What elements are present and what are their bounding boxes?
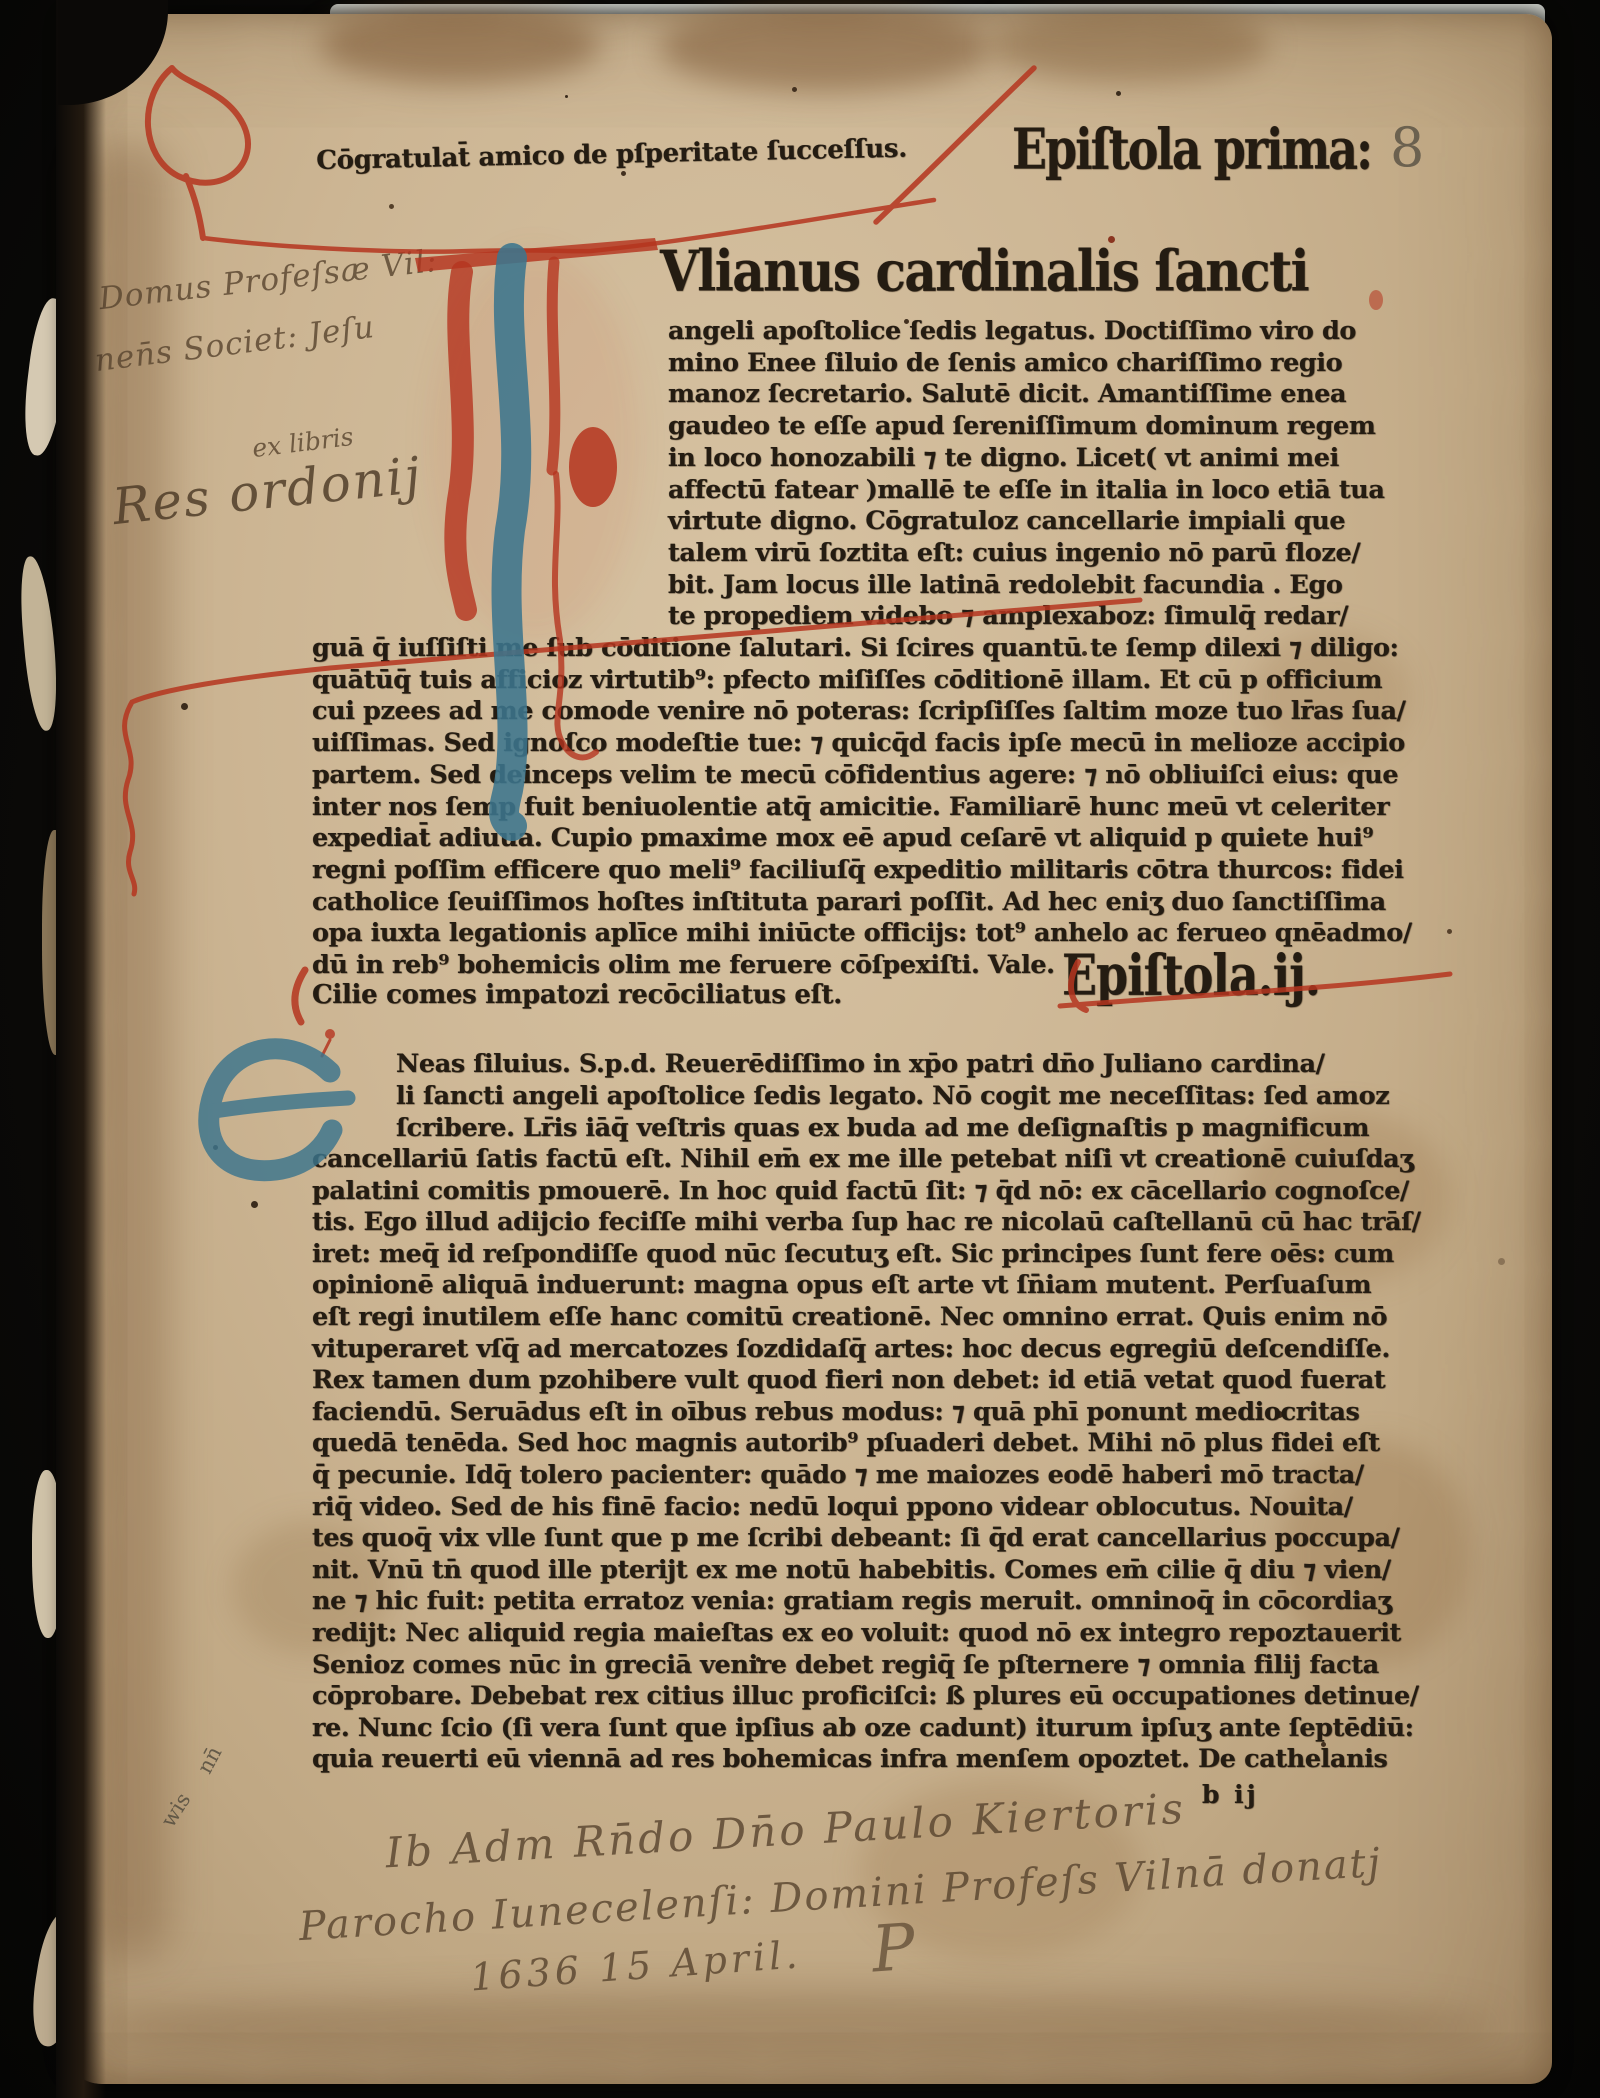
text-line: iret: meq̄ id reſpondiſſe quod nūc ſecut… (312, 1239, 1421, 1271)
text-line: inter nos ſemp fuit beniuolentie atq̄ am… (312, 792, 1412, 824)
text-line: Rex tamen dum pzohibere vult quod fieri … (312, 1365, 1421, 1397)
text-line: quedā tenēda. Sed hoc magnis autorib⁹ pſ… (312, 1428, 1421, 1460)
text-line: affectū fatear )mallē te eſſe in italia … (668, 475, 1385, 507)
pencil-folio-number: 8 (1390, 116, 1424, 179)
text-line: eſt regi inutilem eſſe hanc comitū creat… (312, 1302, 1421, 1334)
letter1-full-width-paragraph: guā q̄ iuſſiſti me ſub cōditione ſalutar… (312, 633, 1412, 982)
text-line: talem virū ſoztita eſt: cuius ingenio nō… (668, 538, 1385, 570)
text-line: virtute digno. Cōgratuloz cancellarie im… (668, 506, 1385, 538)
text-line: angeli apoſtolice ſedis legatus. Doctiſſ… (668, 316, 1385, 348)
text-line: vituperaret vſq̄ ad mercatozes ſozdidaſq… (312, 1334, 1421, 1366)
letter1-indented-paragraph: angeli apoſtolice ſedis legatus. Doctiſſ… (668, 316, 1385, 633)
frayed-binding-paper (16, 555, 61, 732)
ink-specks (565, 95, 568, 98)
text-line: faciendū. Seruādus eſt in oībus rebus mo… (312, 1397, 1421, 1429)
text-line: tes quoq̄ vix vlle ſunt que p me ſcribi … (312, 1523, 1421, 1555)
text-line: manoz ſecretario. Salutē dicit. Amantiſſ… (668, 379, 1385, 411)
text-line: partem. Sed deinceps velim te mecū cōfid… (312, 760, 1412, 792)
text-line: re. Nunc ſcio (ſi vera ſunt que ipſius a… (312, 1713, 1421, 1745)
text-line: ſcribere. Lr̄is iāq̄ veſtris quas ex bud… (396, 1112, 1389, 1144)
letter1-opening-heading: Vlianus cardinalis ſancti (660, 238, 1308, 304)
text-line: gaudeo te eſſe apud ſereniſſimum dominum… (668, 411, 1385, 443)
text-line: catholice ſeuiſſimos hoſtes inſtituta pa… (312, 887, 1412, 919)
text-line: uiſſimas. Sed ignoſco modeſtie tue: ⁊ qu… (312, 728, 1412, 760)
text-line: redijt: Nec aliquid regia maieſtas ex eo… (312, 1618, 1421, 1650)
text-line: riq̄ video. Sed de his finē facio: nedū … (312, 1492, 1421, 1524)
text-line: nit. Vnū tn̄ quod ille pterijt ex me not… (312, 1555, 1421, 1587)
text-line: regni poſſim efficere quo meli⁹ faciliuſ… (312, 855, 1412, 887)
text-line: cancellariū ſatis factū eſt. Nihil em̄ e… (312, 1144, 1421, 1176)
text-line: mino Enee ſiluio de ſenis amico chariſſi… (668, 348, 1385, 380)
text-line: cui pzees ad me comode venire nō poteras… (312, 696, 1412, 728)
spine-gutter-shadow (56, 0, 106, 2098)
epistola-secunda-heading: Epiſtola.ij. (1062, 942, 1320, 1008)
text-line: expediat̄ adiuua. Cupio pmaxime mox eē a… (312, 823, 1412, 855)
text-line: quātūq̄ tuis afficioz virtutib⁹: pfecto … (312, 665, 1412, 697)
text-line: Neas ſiluius. S.p.d. Reuerēdiſſimo in xp… (396, 1048, 1389, 1080)
letter2-rubric: Cilie comes impatozi recōciliatus eſt. (312, 980, 842, 1010)
epistola-prima-heading: Epiſtola prima: (1012, 116, 1371, 182)
text-line: cōprobare. Debebat rex citius illuc prof… (312, 1681, 1421, 1713)
letter2-indented-paragraph: Neas ſiluius. S.p.d. Reuerēdiſſimo in xp… (396, 1048, 1389, 1144)
letter2-full-width-paragraph: cancellariū ſatis factū eſt. Nihil em̄ e… (312, 1144, 1421, 1776)
text-line: te propediem videbo ⁊ amplexaboz: ſimulq… (668, 601, 1385, 633)
text-line: bit. Jam locus ille latinā redolebit fac… (668, 570, 1385, 602)
text-line: ne ⁊ hic fuit: petita erratoz venia: gra… (312, 1586, 1421, 1618)
text-line: q̄ pecunie. Idq̄ tolero pacienter: quādo… (312, 1460, 1421, 1492)
text-line: li ſancti angeli apoſtolice ſedis legato… (396, 1080, 1389, 1112)
text-line: in loco honozabili ⁊ te digno. Licet( vt… (668, 443, 1385, 475)
text-line: Senioz comes nūc in greciā venire debet … (312, 1650, 1421, 1682)
text-line: opinionē aliquā induerunt: magna opus eſ… (312, 1270, 1421, 1302)
text-line: palatini comitis pmouerē. In hoc quid fa… (312, 1176, 1421, 1208)
photograph-of-incunabulum-page: Cōgratulat̄ amico de pſperitate ſucceſſu… (0, 0, 1600, 2098)
text-line: guā q̄ iuſſiſti me ſub cōditione ſalutar… (312, 633, 1412, 665)
text-line: tis. Ego illud adijcio feciſſe mihi verb… (312, 1207, 1421, 1239)
text-line: quia reuerti eū viennā ad res bohemicas … (312, 1744, 1421, 1776)
quire-signature: b ij (1202, 1780, 1259, 1809)
pen-flourish-letter: P (869, 1911, 917, 1988)
